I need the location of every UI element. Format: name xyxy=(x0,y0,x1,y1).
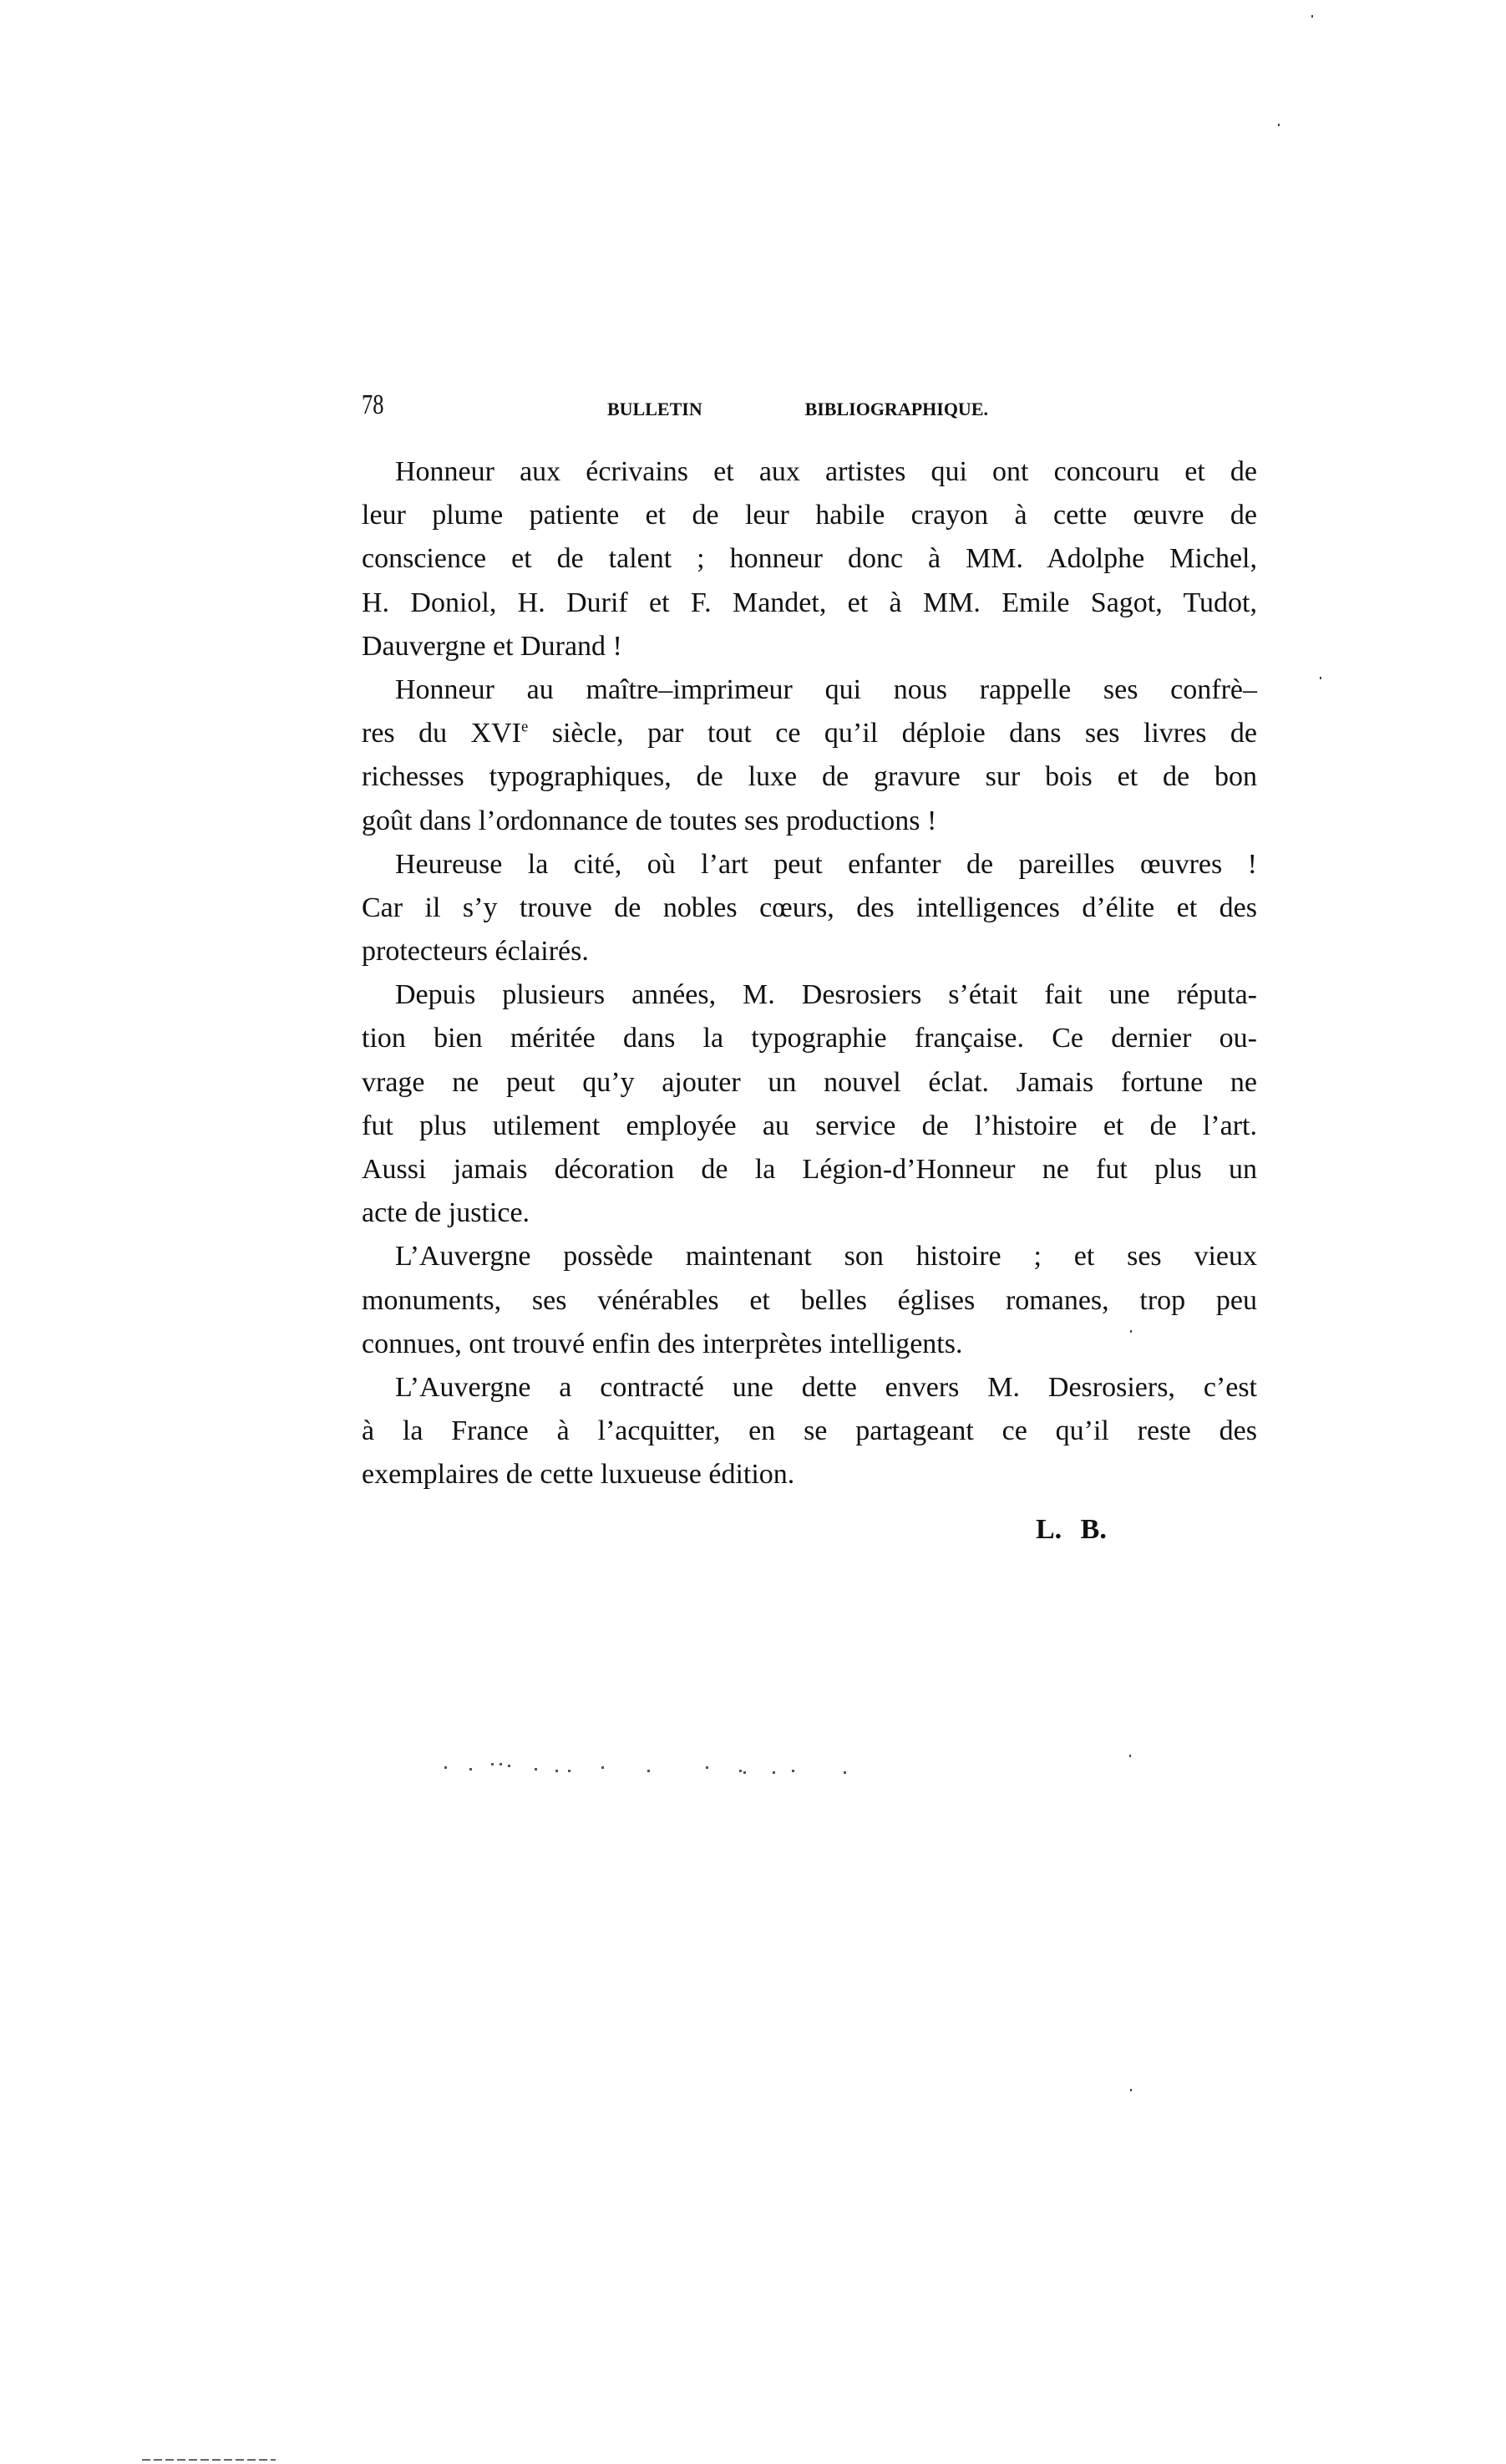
text-line: connues, ont trouvé enfin des interprète… xyxy=(362,1323,1257,1366)
scan-speck xyxy=(1278,124,1280,126)
century-numeral: res du XVI xyxy=(362,718,521,749)
scan-speck xyxy=(1130,1330,1132,1333)
paragraph: L’Auvergne possède maintenant son histoi… xyxy=(362,1235,1257,1366)
paragraph: Heureuse la cité, où l’art peut enfanter… xyxy=(362,843,1257,974)
text-line: vrage ne peut qu’y ajouter un nouvel écl… xyxy=(362,1061,1257,1105)
text-line: fut plus utilement employée au service d… xyxy=(362,1105,1257,1148)
text-line: L’Auvergne a contracté une dette envers … xyxy=(362,1366,1257,1410)
text-line: goût dans l’ordonnance de toutes ses pro… xyxy=(362,800,1257,843)
text-line: à la France à l’acquitter, en se partage… xyxy=(362,1410,1257,1453)
text-line: Dauvergne et Durand ! xyxy=(362,625,1257,668)
scan-dust-line xyxy=(401,1761,1119,1778)
text-line: H. Doniol, H. Durif et F. Mandet, et à M… xyxy=(362,582,1257,625)
text-line: exemplaires de cette luxueuse édition. xyxy=(362,1453,1257,1496)
text-line: Honneur aux écrivains et aux artistes qu… xyxy=(362,450,1257,494)
scan-speck xyxy=(1320,677,1321,679)
scan-speck xyxy=(1130,2089,1132,2091)
scan-speck xyxy=(1311,15,1313,18)
author-signature: L. B. xyxy=(1036,1514,1107,1546)
text-line: Heureuse la cité, où l’art peut enfanter… xyxy=(362,843,1257,887)
paragraph: Honneur aux écrivains et aux artistes qu… xyxy=(362,450,1257,668)
text-line: monuments, ses vénérables et belles égli… xyxy=(362,1279,1257,1323)
text-line: conscience et de talent ; honneur donc à… xyxy=(362,537,1257,581)
text-line: res du XVIe siècle, par tout ce qu’il dé… xyxy=(362,712,1257,755)
text-line: acte de justice. xyxy=(362,1191,1257,1235)
scan-speck xyxy=(1129,1755,1131,1757)
text-line: protecteurs éclairés. xyxy=(362,930,1257,973)
document-page: 78 BULLETIN BIBLIOGRAPHIQUE. Honneur aux… xyxy=(0,0,1506,2464)
text-line: tion bien méritée dans la typographie fr… xyxy=(362,1017,1257,1060)
line-continuation: siècle, par tout ce qu’il déploie dans s… xyxy=(528,718,1257,749)
article-body: Honneur aux écrivains et aux artistes qu… xyxy=(362,450,1257,1497)
text-line: Honneur au maître–imprimeur qui nous rap… xyxy=(362,668,1257,712)
scan-edge-mark xyxy=(142,2459,276,2461)
running-title: BULLETIN BIBLIOGRAPHIQUE. xyxy=(607,399,988,420)
paragraph: L’Auvergne a contracté une dette envers … xyxy=(362,1366,1257,1497)
text-line: leur plume patiente et de leur habile cr… xyxy=(362,494,1257,537)
text-line: richesses typographiques, de luxe de gra… xyxy=(362,755,1257,799)
text-line: L’Auvergne possède maintenant son histoi… xyxy=(362,1235,1257,1278)
text-line: Depuis plusieurs années, M. Desrosiers s… xyxy=(362,973,1257,1017)
text-line: Car il s’y trouve de nobles cœurs, des i… xyxy=(362,887,1257,930)
paragraph: Depuis plusieurs années, M. Desrosiers s… xyxy=(362,973,1257,1235)
page-number: 78 xyxy=(362,389,384,421)
text-line: Aussi jamais décoration de la Légion-d’H… xyxy=(362,1148,1257,1191)
paragraph: Honneur au maître–imprimeur qui nous rap… xyxy=(362,668,1257,843)
